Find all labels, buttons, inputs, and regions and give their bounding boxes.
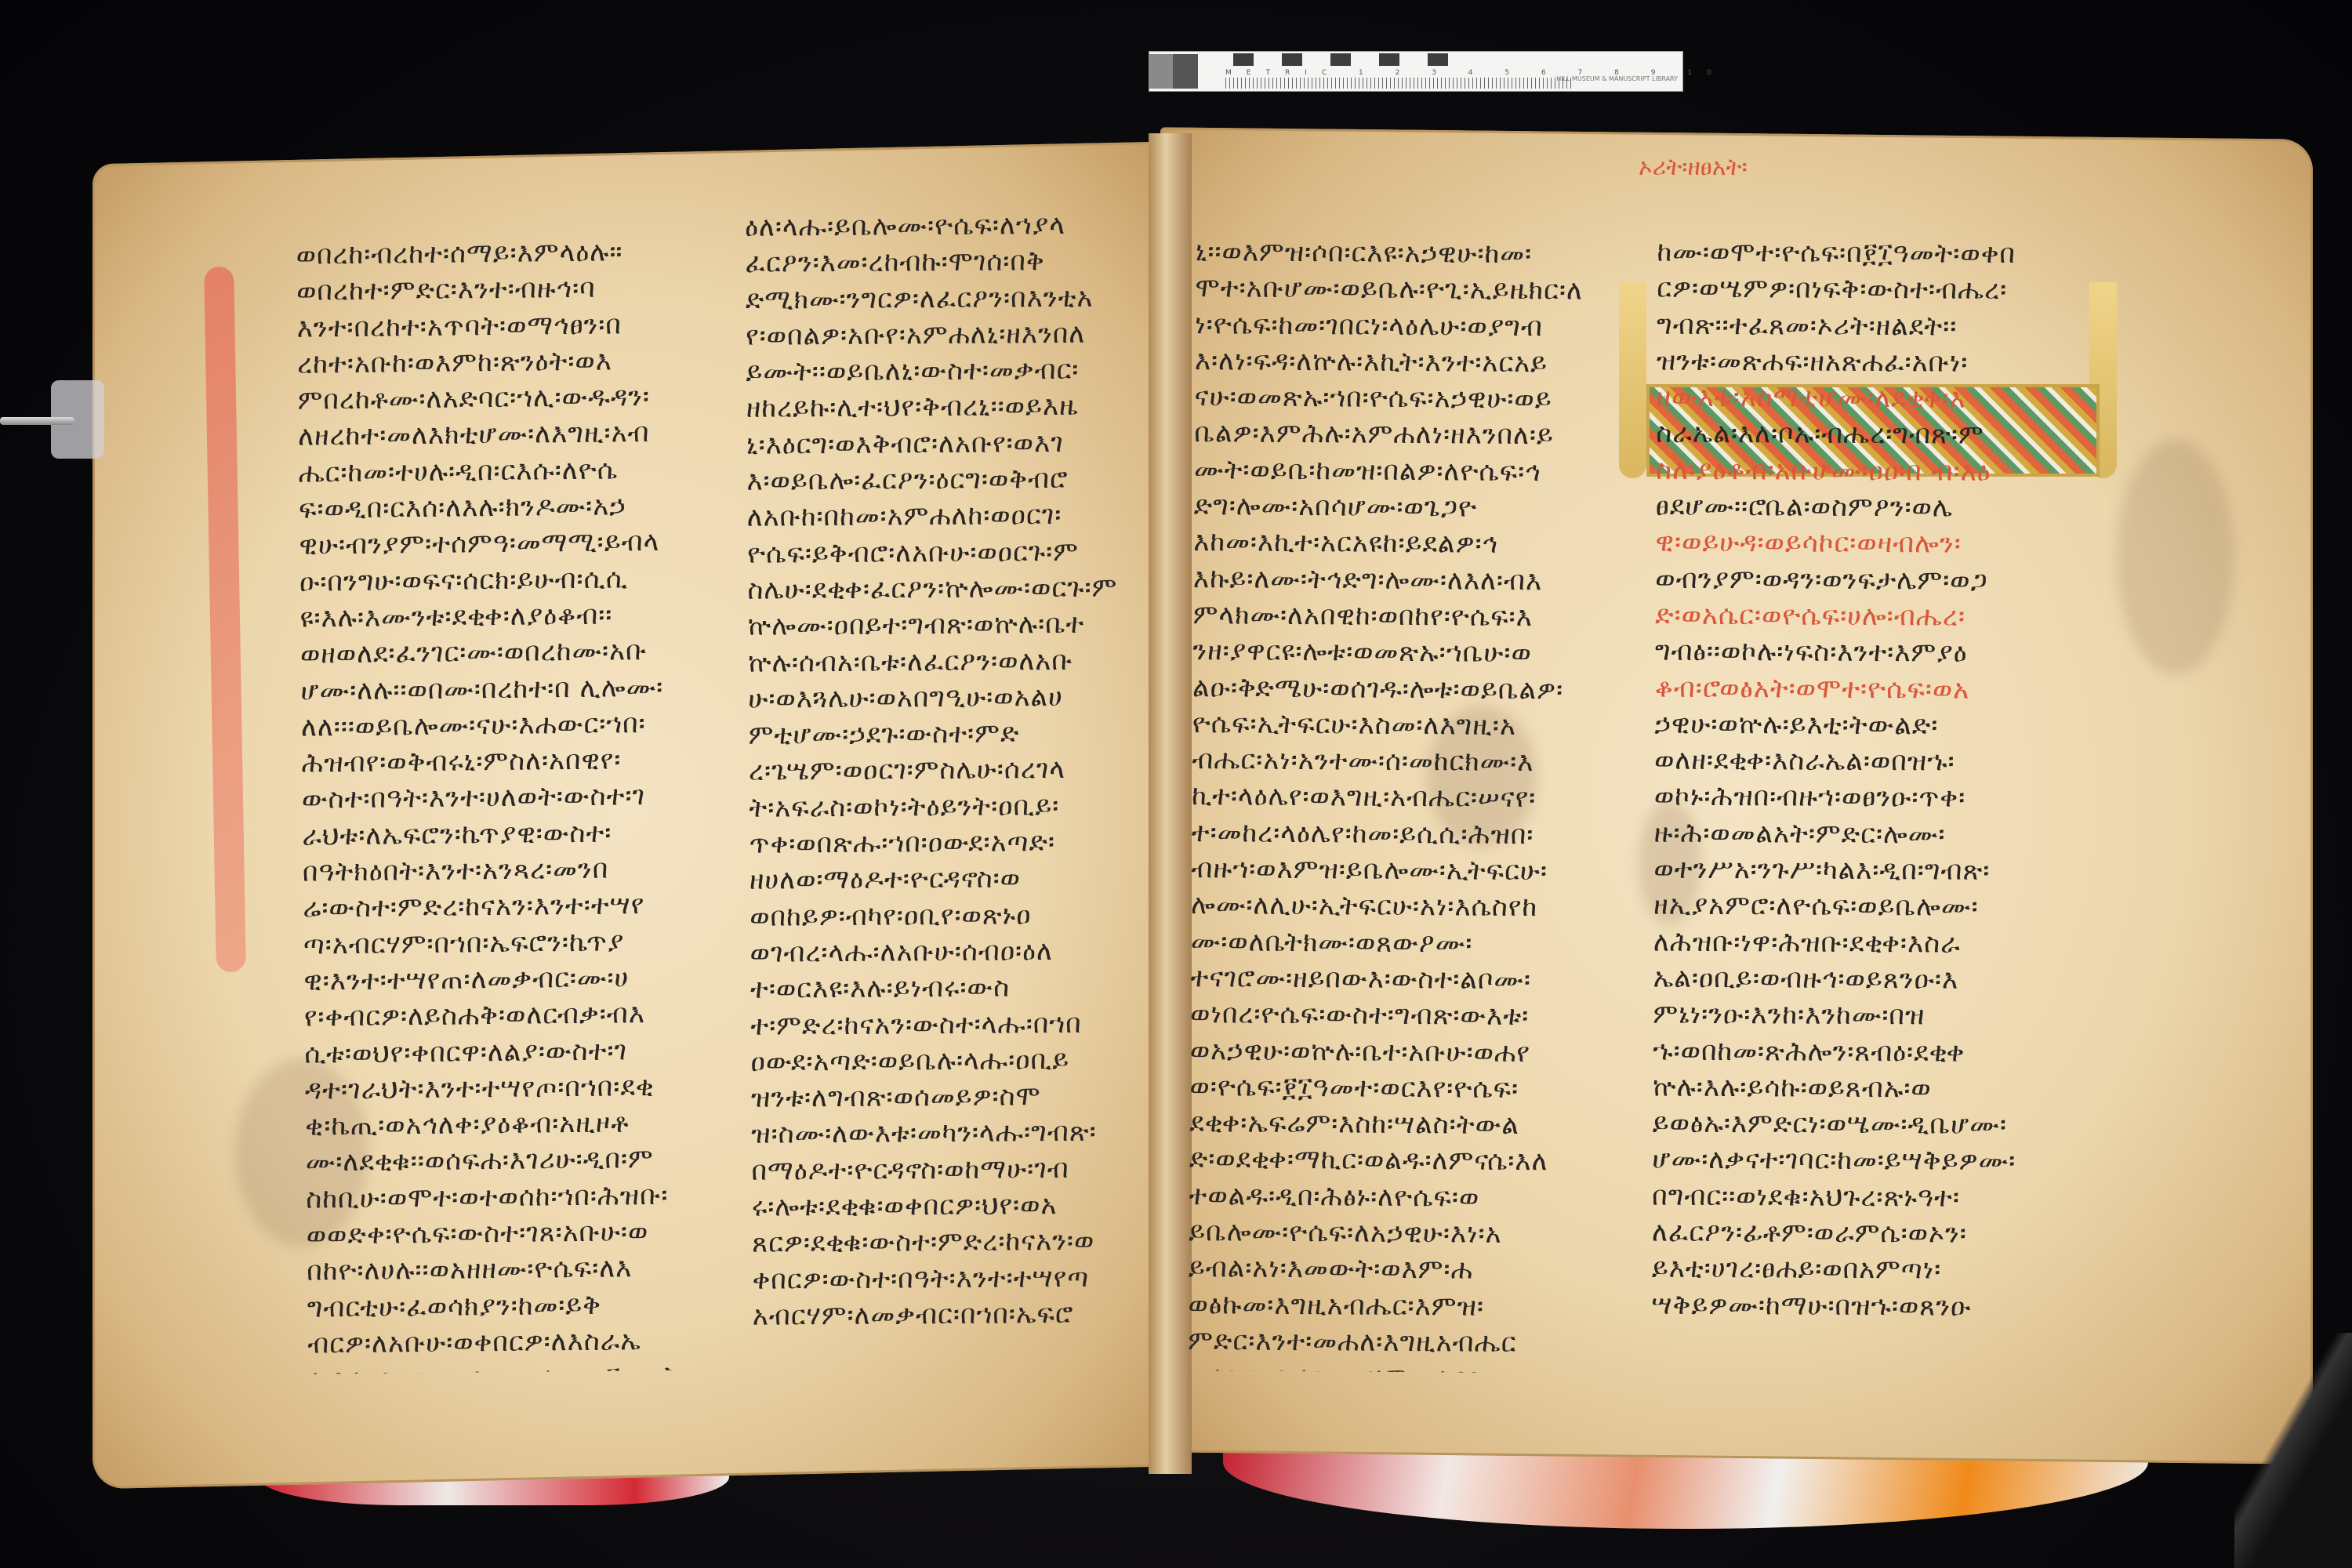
color-scale-bar: METRIC 1 2 3 4 5 6 7 8 9 10 HILL MUSEUM … (1149, 51, 1683, 92)
manuscript-line: ግብጽ፡፡ተፈጸመ፡ኦሪት፡ዘልደት፡፡ (1657, 307, 2080, 345)
manuscript-line: ዩ፡እሉ፡እሙንቱ፡ደቂቀ፡ለያዕቆብ፡፡ (299, 596, 699, 637)
manuscript-line: ዊ፡እንተ፡ተሣየጠ፡ለመቃብር፡ሙ፡ሀ (303, 959, 703, 1000)
manuscript-line: ወብንያም፡ወዳን፡ወንፍታሌም፡ወጋ (1655, 561, 2078, 599)
manuscript-line: ውስተ፡በዓት፡እንተ፡ሀለወት፡ውስተ፡ገ (302, 778, 702, 818)
manuscript-line: ኪተ፡ላዕሌየ፡ወእግዚ፡አብሔር፡ሠናየ፡ (1192, 779, 1619, 818)
manuscript-line: ስከቢሁ፡ወሞተ፡ወተወሰከ፡ኀበ፡ሕዝቡ፡ (306, 1177, 706, 1218)
headpiece-frame-left (1619, 282, 1646, 478)
manuscript-line: ዝንቱ፡መጽሐፍ፡ዘአጽሐፈ፡አቡነ፡ (1657, 343, 2080, 381)
manuscript-line: ምኔነ፡ንዑ፡እንከ፡እንከሙ፡በዝ (1653, 996, 2076, 1035)
ruler-block (1330, 53, 1351, 66)
manuscript-line: ዳተ፡ገራህት፡እንተ፡ተሣየጦ፡በኀበ፡ደቂ (305, 1068, 705, 1109)
manuscript-line: ዙ፡ሕ፡ወመልአት፡ምድር፡ሎሙ፡ (1654, 815, 2078, 853)
manuscript-line: ተናገሮሙ፡ዘይበውእ፡ውስተ፡ልቦሙ፡ (1190, 960, 1617, 999)
manuscript-line: የ፡ወበልዎ፡አቡየ፡አምሐለኒ፡ዘእንበለ (746, 315, 1149, 354)
manuscript-line: በከዮ፡ለሀሉ፡፡ወአዘዘሙ፡ዮሴፍ፡ለእ (307, 1250, 706, 1290)
metric-ruler: METRIC 1 2 3 4 5 6 7 8 9 10 HILL MUSEUM … (1198, 52, 1682, 91)
manuscript-line: ወኮኑ፡ሕዝበ፡ብዙኀ፡ወፀንዑ፡ጥቀ፡ (1654, 779, 2078, 817)
manuscript-line: ለለ፡፡፡ወይቤሎሙ፡ናሁ፡እሐውር፡ኀበ፡ (301, 705, 701, 746)
manuscript-line: ወነበረ፡ዮሴፍ፡ውስተ፡ግብጽ፡ውእቱ፡ (1190, 996, 1617, 1035)
manuscript-line: ዑ፡በንግሁ፡ወፍና፡ሰርክ፡ይሁብ፡ሲሲ (299, 560, 699, 601)
manuscript-line: ዘኢያአምሮ፡ለዮሴፍ፡ወይቤሎሙ፡ (1653, 887, 2077, 926)
manuscript-line: ተ፡ምድረ፡ከናአን፡ውስተ፡ላሑ፡በኀበ (750, 1005, 1154, 1044)
manuscript-line: ምበረከቶሙ፡ለአድባር፡ኀሊ፡ውዱዳን፡ (297, 379, 697, 419)
manuscript-line: እንተ፡በረከተ፡አጥባት፡ወማኅፀን፡በ (296, 306, 696, 347)
text-column-3: ኒ፡፡ወእምዝ፡ሶበ፡ርእዩ፡አኃዊሁ፡ከመ፡ሞተ፡አቡሆሙ፡ወይቤሉ፡ዮጊ፡ኢ… (1188, 234, 1623, 1374)
manuscript-line: ሎሙ፡ለሊሁ፡ኢትፍርሁ፡አነ፡እሴስየከ (1191, 887, 1618, 926)
manuscript-line: ድ፡ወደቂቀ፡ማኪር፡ወልዱ፡ለምናሴ፡እለ (1189, 1142, 1617, 1181)
text-column-2: ዕለ፡ላሑ፡ይቤሎሙ፡ዮሴፍ፡ለኀያላፈርዖን፡እመ፡ረከብኩ፡ሞገሰ፡በቅድሚ… (745, 206, 1156, 1338)
manuscript-line: ወፅኩመ፡እግዚአብሔር፡እምዝ፡ (1188, 1287, 1615, 1326)
manuscript-line: ወዘወለደ፡ፈንገር፡ሙ፡ወበረከሙ፡አቡ (300, 633, 700, 673)
manuscript-line: ፀደሆሙ፡፡ሮቤል፡ወስምዖን፡ወሌ (1656, 488, 2079, 527)
manuscript-line: አብርሃም፡ለመቃብር፡በኀበ፡ኤፍሮ (753, 1295, 1156, 1334)
manuscript-line: ግብርቲሁ፡ፈወሳክያን፡ከመ፡ይቅ (307, 1286, 706, 1327)
manuscript-line: ሆሙ፡ለቃናተ፡ገባር፡ከመ፡ይሣቅይዎሙ፡ (1652, 1142, 2075, 1180)
manuscript-line: ድሚክሙ፡ንግርዎ፡ለፈርዖን፡በእንቲአ (746, 279, 1149, 318)
manuscript-line: ዐውደ፡አጣድ፡ወይቤሉ፡ላሑ፡ዐቢይ (750, 1041, 1154, 1080)
manuscript-line: ዘከረይኩ፡ሊተ፡ህየ፡ቅብረኒ፡፡ወይእዜ (746, 388, 1150, 427)
manuscript-line: ብዙኀ፡ወእምዝ፡ይቤሎሙ፡ኢትፍርሁ፡ (1191, 851, 1618, 890)
manuscript-line: ለአቡከ፡በከመ፡አምሐለከ፡ወዐርገ፡ (747, 497, 1151, 536)
ruler-block (1428, 53, 1448, 66)
manuscript-line: ሩ፡ሎቱ፡ደቂቁ፡ወቀበርዎ፡ህየ፡ወአ (752, 1186, 1156, 1225)
manuscript-line: ስለ፡ያዕቆብ፡አቡሆሙ፡ዐዐ፡በ ብ፡እዕ (1656, 452, 2079, 490)
manuscript-line: ወ፡ዮሴፍ፡፻፲ዓመተ፡ወርእየ፡ዮሴፍ፡ (1189, 1069, 1617, 1108)
manuscript-line: ሬ፡ውስተ፡ምድረ፡ከናአን፡እንተ፡ተሣየ (303, 887, 702, 927)
manuscript-line: ለፈርዖን፡ፊቶም፡ወራምሴ፡ወኦን፡ (1652, 1214, 2075, 1253)
manuscript-line: ወገብረ፡ላሑ፡ለአቡሁ፡ሰብዐ፡ዕለ (750, 932, 1153, 971)
manuscript-line: ረከተ፡አቡከ፡ወእምከ፡ጽንዕት፡ወእ (297, 342, 697, 383)
manuscript-line: ስሌሁ፡ደቂቀ፡ፈርዖን፡ኵሎሙ፡ወርጉ፡ም (747, 569, 1151, 608)
manuscript-line: ጸርዎ፡ደቂቁ፡ውስተ፡ምድረ፡ከናአን፡ወ (752, 1223, 1156, 1262)
manuscript-line: ይወፅኡ፡እምድርነ፡ወሤሙ፡ዲቤሆሙ፡ (1653, 1105, 2076, 1144)
manuscript-line: ምላክሙ፡ለአበዊከ፡ወበከየ፡ዮሴፍ፡እ (1193, 597, 1621, 636)
manuscript-line: የ፡ቀብርዎ፡ለይስሐቅ፡ወለርብቃ፡ብእ (304, 996, 704, 1036)
manuscript-line: ግብፅ፡፡ወኮሉ፡ነፍስ፡እንተ፡እምያዕ (1655, 633, 2078, 672)
gray-patch-light (1149, 54, 1173, 89)
manuscript-line: ኁ፡ወበከመ፡ጽሕሎን፡ጸብዕ፡ደቂቀ (1653, 1033, 2076, 1071)
manuscript-line: ይብል፡አነ፡እመውት፡ወእም፡ሐ (1189, 1250, 1616, 1289)
manuscript-line: ምቲሆሙ፡ኃደጉ፡ውስተ፡ምድ (749, 714, 1152, 753)
manuscript-line: ምድር፡እንተ፡መሐለ፡እግዚአብሔር (1188, 1323, 1615, 1362)
ruler-block (1282, 53, 1302, 66)
manuscript-line: ሔር፡ከመ፡ተሀሉ፡ዲበ፡ርእሱ፡ለዮሴ (298, 451, 698, 492)
manuscript-line: ተ፡ወርእዩ፡እሉ፡ይነብሩ፡ውስ (750, 968, 1154, 1007)
manuscript-line: ዝንቱ፡ለግብጽ፡ወሰመይዎ፡ስሞ (751, 1077, 1155, 1116)
manuscript-line: ርዎ፡ወሤምዎ፡በነፍቅ፡ውስተ፡ብሔረ፡ (1657, 270, 2080, 309)
ruler-block (1233, 53, 1254, 66)
manuscript-line: ረ፡ጌሤም፡ወዐርገ፡ምስሌሁ፡ሰረገላ (749, 751, 1152, 790)
manuscript-line: ጣ፡አብርሃም፡በኀበ፡ኤፍሮን፡ኬጥያ (303, 923, 703, 964)
manuscript-line: ነ፡ዮሴፍ፡ከመ፡ገበርነ፡ላዕሌሁ፡ወያግብ (1195, 307, 1622, 346)
manuscript-line: ድግ፡ሎሙ፡አበሳሆሙ፡ወጌጋዮ (1193, 488, 1621, 527)
manuscript-line: ስራኤል፡እለ፡ቦኡ፡ብሔረ፡ግብጽ፡ም (1656, 416, 2079, 454)
manuscript-line: ሕዝብየ፡ወቅብሩኒ፡ምስለ፡አበዊየ፡ (301, 741, 701, 782)
manuscript-line: እ፡ወይቤሎ፡ፈርዖን፡ዕርግ፡ወቅብሮ (746, 460, 1150, 499)
scale-brand-label: HILL MUSEUM & MANUSCRIPT LIBRARY (1556, 75, 1678, 82)
manuscript-line: ቀበርዎ፡ውስተ፡በዓት፡እንተ፡ተሣየጣ (752, 1259, 1156, 1298)
manuscript-line: ዮሴፍ፡ይቅብሮ፡ለአቡሁ፡ወዐርጉ፡ም (747, 533, 1151, 572)
manuscript-line: ሙት፡ወይቤ፡ከመዝ፡በልዎ፡ለዮሴፍ፡ኅ (1194, 452, 1621, 491)
manuscript-line: ኵሉ፡ሰብአ፡ቤቱ፡ለፈርዖን፡ወለአቡ (748, 642, 1152, 681)
manuscript-line: ራህቱ፡ለኤፍሮን፡ኬጥያዊ፡ውስተ፡ (302, 814, 702, 855)
manuscript-line: ሁ፡ወእጓሌሁ፡ወአበግዒሁ፡ወአልሀ (748, 678, 1152, 717)
manuscript-line: ይሙት፡፡ወይቤለኒ፡ውስተ፡መቃብር፡ (746, 351, 1149, 390)
manuscript-line: እ፡ለነ፡ፍዳ፡ለኵሉ፡እኪት፡እንተ፡አርአይ (1195, 343, 1622, 382)
manuscript-line: ሞተ፡አቡሆሙ፡ወይቤሉ፡ዮጊ፡ኢይዜክር፡ለ (1195, 270, 1622, 309)
manuscript-line: ፈርዖን፡እመ፡ረከብኩ፡ሞገሰ፡በቅ (745, 243, 1149, 282)
text-column-4: ከሙ፡ወሞተ፡ዮሴፍ፡በ፻፲ዓመት፡ወቀበርዎ፡ወሤምዎ፡በነፍቅ፡ውስተ፡ብሔ… (1651, 234, 2080, 1334)
manuscript-line: ኃዊሁ፡ወኵሉ፡ይእቲ፡ትውልድ፡ (1654, 706, 2078, 744)
manuscript-line: ወወድቀ፡ዮሴፍ፡ውስተ፡ገጸ፡አቡሁ፡ወ (307, 1213, 706, 1254)
ruler-unit-label: METRIC (1225, 69, 1341, 77)
water-stain (2117, 439, 2234, 674)
manuscript-line: ደቂቀ፡ኤፍሬም፡እስከ፡ሣልስ፡ትውል (1189, 1105, 1617, 1144)
manuscript-line: ዮሴፍ፡ኢትፍርሁ፡እስመ፡ለእግዚ፡አ (1192, 706, 1620, 745)
ruler-block (1379, 53, 1399, 66)
manuscript-line: ዘሀለወ፡ማዕዶተ፡ዮርዳኖስ፡ወ (750, 860, 1153, 899)
manuscript-line: ንዘ፡ያዋርዩ፡ሎቱ፡ወመጽኡ፡ኀቤሁ፡ወ (1192, 633, 1620, 672)
ruler-ticks (1225, 78, 1573, 89)
manuscript-line: በማዕዶተ፡ዮርዳኖስ፡ወከማሁ፡ገብ (751, 1150, 1155, 1189)
manuscript-line: ሙ፡ለደቂቁ፡፡ወሰፍሐ፡እገሪሁ፡ዲበ፡ም (306, 1141, 706, 1181)
gray-patch-dark (1173, 54, 1198, 89)
manuscript-line: ወበረከተ፡ምድር፡እንተ፡ብዙኅ፡ባ (296, 270, 696, 310)
manuscript-line: ተወልዱ፡ዲበ፡ሕፅኑ፡ለዮሴፍ፡ወ (1189, 1178, 1616, 1217)
manuscript-line: ወአኃዊሁ፡ወኵሉ፡ቤተ፡አቡሁ፡ወሐየ (1190, 1033, 1617, 1072)
manuscript-line: ወበከይዎ፡ብካየ፡ዐቢየ፡ወጽኑዐ (750, 896, 1153, 935)
manuscript-line: ለሕዝቡ፡ነዋ፡ሕዝቡ፡ደቂቀ፡እስራ (1653, 924, 2077, 962)
manuscript-line: ኤል፡ዐቢይ፡ወብዙኅ፡ወይጸንዑ፡እ (1653, 960, 2077, 999)
running-title-rubric: ኦሪት፡ዘፀአት፡ (1639, 154, 1748, 181)
manuscript-line: ከሙ፡ወሞተ፡ዮሴፍ፡በ፻፲ዓመት፡ወቀበ (1657, 234, 2080, 273)
manuscript-line: ወለዘ፡ደቂቀ፡እስራኤል፡ወበዝኁ፡ (1654, 742, 2078, 781)
manuscript-line: ሲቱ፡ወህየ፡ቀበርዋ፡ለልያ፡ውስተ፡ገ (304, 1032, 704, 1073)
manuscript-line: ዊሁ፡ብንያም፡ተሰምዓ፡መማሚ፡ይብላ (299, 524, 699, 564)
manuscript-line: ዊ፡ወይሁዳ፡ወይሳኮር፡ወዛብሎን፡ (1655, 524, 2078, 563)
manuscript-line: ኒ፡፡ወእምዝ፡ሶበ፡ርእዩ፡አኃዊሁ፡ከመ፡ (1196, 234, 1623, 273)
manuscript-line: ብርዎ፡ለአቡሁ፡ወቀበርዎ፡ለእስራኤ (307, 1322, 707, 1363)
page-holder-rod (0, 417, 74, 425)
manuscript-line: በዓትክዕበት፡እንተ፡አንጻረ፡መንበ (303, 850, 702, 891)
manuscript-line: ኵሎሙ፡ዐበይተ፡ግብጽ፡ወኵሉ፡ቤተ (748, 605, 1152, 644)
text-column-1: ወበረከ፡ብረከተ፡ሰማይ፡እምላዕሉ።ወበረከተ፡ምድር፡እንተ፡ብዙኅ፡ባእ… (296, 233, 707, 1374)
manuscript-line: ጥቀ፡ወበጽሑ፡ኀበ፡ዐውደ፡አጣድ፡ (749, 823, 1152, 862)
manuscript-line: ሣቅይዎሙ፡ከማሁ፡በዝኁ፡ወጸንዑ (1651, 1287, 2074, 1325)
manuscript-line: ይቤሎሙ፡ዮሴፍ፡ለአኃዊሁ፡እነ፡አ (1189, 1214, 1616, 1253)
manuscript-line: በግብር፡፡ወነደቁ፡አህጉረ፡ጽኑዓተ፡ (1652, 1178, 2075, 1216)
manuscript-line: ናሁ፡ወመጽኡ፡ኀበ፡ዮሴፍ፡አኃዊሁ፡ወይ (1194, 379, 1621, 418)
manuscript-line: ሙ፡ወለቤትክሙ፡ወጸውዖሙ፡ (1191, 924, 1618, 963)
manuscript-line: ዘውእቱ፡አስማቲሆሙ፡ለደቂቀ፡እ (1656, 379, 2079, 418)
manuscript-line: ተ፡መከረ፡ላዕሌየ፡ከመ፡ይሲሲ፡ሕዝበ፡ (1192, 815, 1619, 854)
manuscript-line: ፍ፡ወዲበ፡ርእሰ፡ለእሉ፡ክንዶሙ፡አኃ (299, 487, 699, 528)
manuscript-line: እኩይ፡ለሙ፡ትኅድግ፡ሎሙ፡ለእለ፡ብእ (1193, 561, 1621, 600)
manuscript-line: ቆብ፡ሮወፅአት፡ወሞተ፡ዮሴፍ፡ወአ (1655, 670, 2078, 708)
manuscript-line: ብሔር፡አነ፡አንተሙ፡ሰ፡መከርክሙ፡እ (1192, 742, 1619, 781)
manuscript-line: ይእቲ፡ሀገረ፡ፀሐይ፡ወበአምጣነ፡ (1652, 1250, 2075, 1289)
manuscript-line: ወበረከ፡ብረከተ፡ሰማይ፡እምላዕሉ። (296, 233, 695, 274)
manuscript-line: ልዑ፡ቅድሜሁ፡ወሰገዱ፡ሎቱ፡ወይቤልዎ፡ (1192, 670, 1620, 709)
manuscript-line: እከመ፡እኪተ፡አርአዩከ፡ይደልዎ፡ኅ (1193, 524, 1621, 563)
manuscript-line: ለዘረከተ፡መለእክቲሆሙ፡ለእግዚ፡አብ (298, 415, 698, 456)
manuscript-line: ቂ፡ኬጢ፡ወአኅለቀ፡ያዕቆብ፡አዚዞቶ (305, 1104, 705, 1145)
manuscript-line: ሆሙ፡ለሉ፡፡ወበሙ፡በረከተ፡በ ሊሎሙ፡ (300, 669, 700, 710)
manuscript-line: ዕለ፡ላሑ፡ይቤሎሙ፡ዮሴፍ፡ለኀያላ (745, 206, 1149, 245)
manuscript-line: ቤልዎ፡እምሕሉ፡አምሐለነ፡ዘእንበለ፡ይ (1194, 416, 1621, 455)
manuscript-line: ኵሉ፡እሉ፡ይሳኩ፡ወይጸብኡ፡ወ (1653, 1069, 2076, 1107)
manuscript-line: ት፡አፍራስ፡ወኮነ፡ትዕይንት፡ዐቢይ፡ (749, 787, 1152, 826)
manuscript-line: ወተንሥአ፡ንጉሥ፡ካልእ፡ዲበ፡ግብጽ፡ (1653, 851, 2077, 890)
manuscript-line: ኒ፡እዕርግ፡ወእቅብሮ፡ለአቡየ፡ወእገ (746, 424, 1150, 463)
manuscript-line: ድ፡ወአሴር፡ወዮሴፍ፡ሀሎ፡ብሔረ፡ (1655, 597, 2078, 636)
manuscript-line: ዝ፡ስሙ፡ለውእቱ፡መካን፡ላሑ፡ግብጽ፡ (751, 1114, 1155, 1153)
black-stand-edge (2234, 1333, 2352, 1568)
